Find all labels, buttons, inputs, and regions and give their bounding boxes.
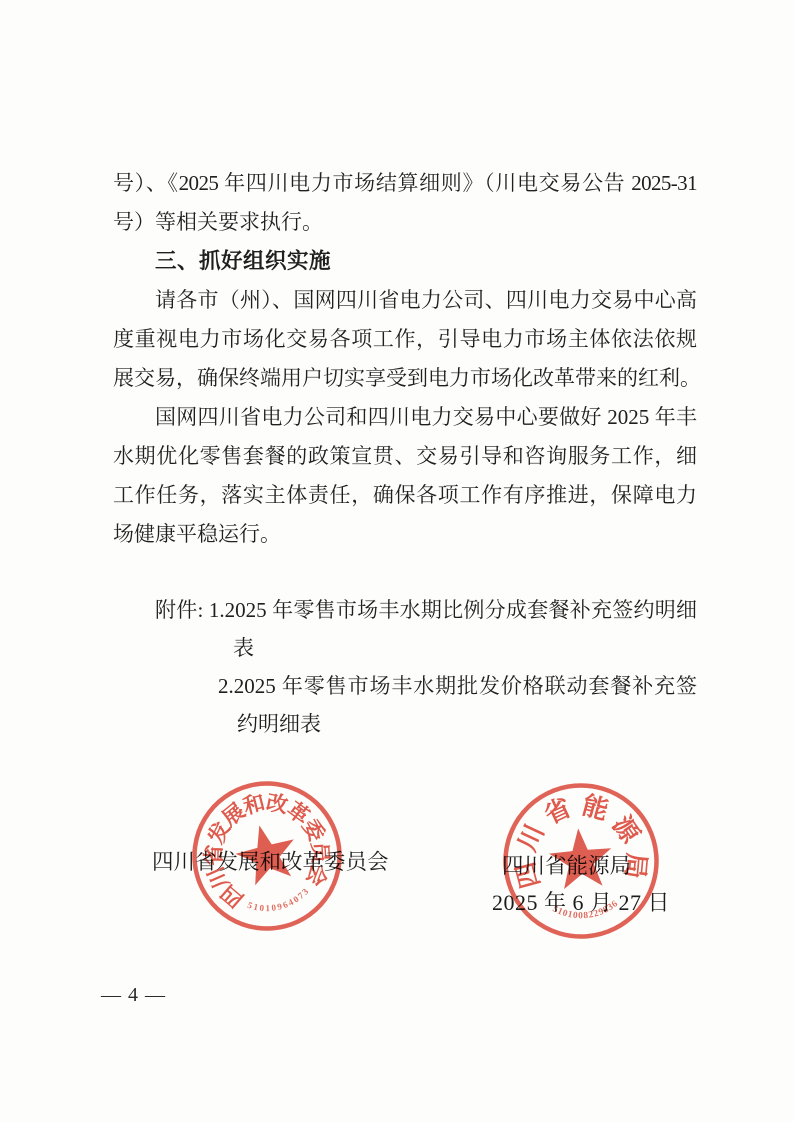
seal-ring-char: 省 [540, 793, 576, 830]
attachment-line: 表 [113, 629, 697, 667]
seal-code-digit: 1 [265, 903, 270, 913]
section-heading: 三、抓好组织实施 [113, 242, 697, 281]
attachment-line: 2.2025 年零售市场丰水期批发价格联动套餐补充签 [113, 667, 697, 705]
official-seal-right-icon: 四川省能源局5101008229836 [497, 777, 665, 945]
seal-ring-char: 川 [513, 820, 550, 856]
seal-ring-char: 和 [241, 790, 268, 818]
body-line: 号）、《2025 年四川电力市场结算细则》（川电交易公告 2025-31 [113, 164, 697, 203]
body-line: 度重视电力市场化交易各项工作，引导电力市场主体依法依规开 [113, 320, 697, 359]
body-line: 场健康平稳运行。 [113, 515, 697, 554]
attachment-line: 约明细表 [113, 705, 697, 743]
page-number: — 4 — [101, 984, 166, 1007]
document-page: 号）、《2025 年四川电力市场结算细则》（川电交易公告 2025-31 号）等… [0, 0, 794, 1122]
body-line: 工作任务，落实主体责任，确保各项工作有序推进，保障电力市 [113, 476, 697, 515]
body-line: 国网四川省电力公司和四川电力交易中心要做好 2025 年丰 [113, 398, 697, 437]
body-line: 水期优化零售套餐的政策宣贯、交易引导和咨询服务工作，细化 [113, 437, 697, 476]
star-icon [230, 818, 302, 888]
seal-code-digit: 0 [259, 903, 265, 913]
body-line: 号）等相关要求执行。 [113, 203, 697, 242]
body-line: 请各市（州）、国网四川省电力公司、四川电力交易中心高 [113, 281, 697, 320]
attachment-line: 附件: 1.2025 年零售市场丰水期比例分成套餐补充签约明细 [113, 591, 697, 629]
star-icon [547, 826, 614, 891]
seal-ring-char: 四 [511, 859, 546, 891]
official-seal-left-icon: 四川省发展和改革委员会51010964073 [186, 775, 348, 937]
attachment-list: 附件: 1.2025 年零售市场丰水期比例分成套餐补充签约明细 表 2.2025… [113, 591, 697, 743]
seal-ring-char: 会 [301, 861, 332, 890]
document-body: 号）、《2025 年四川电力市场结算细则》（川电交易公告 2025-31 号）等… [113, 164, 697, 554]
body-line: 展交易，确保终端用户切实享受到电力市场化改革带来的红利。 [113, 359, 697, 398]
seal-ring-char: 局 [620, 852, 651, 880]
seal-ring-char: 能 [579, 790, 612, 826]
